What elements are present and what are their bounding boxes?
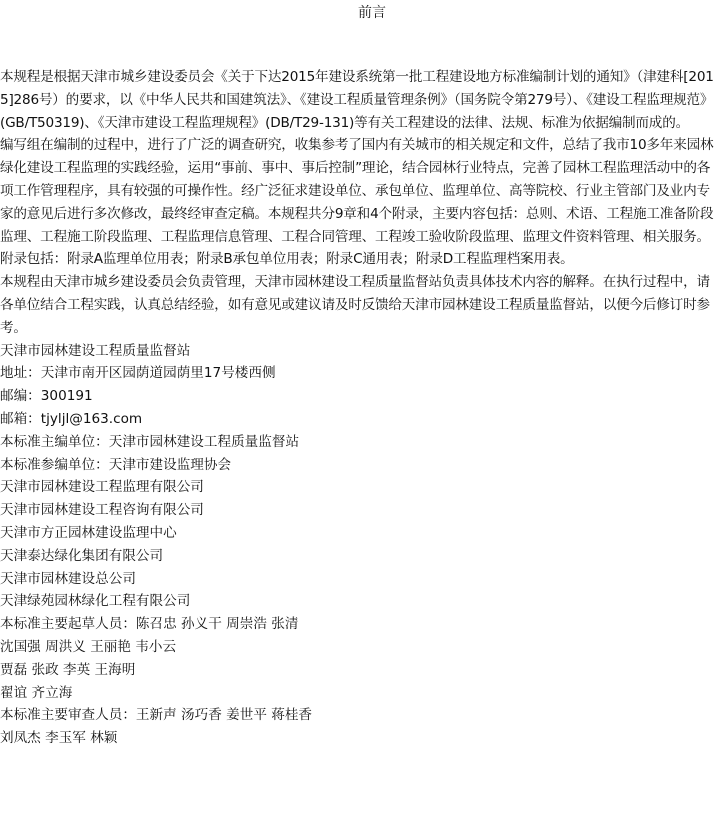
chief-editor-unit: 本标准主编单位：天津市园林建设工程质量监督站 — [0, 431, 716, 454]
co-editor-unit: 本标准参编单位：天津市建设监理协会 — [0, 454, 716, 477]
drafters-line: 沈国强 周洪义 王丽艳 韦小云 — [0, 636, 716, 659]
contact-address: 地址：天津市南开区园荫道园荫里17号楼西侧 — [0, 362, 716, 385]
co-editor-unit-item: 天津泰达绿化集团有限公司 — [0, 545, 716, 568]
contact-organization: 天津市园林建设工程质量监督站 — [0, 340, 716, 363]
contact-postcode: 邮编：300191 — [0, 385, 716, 408]
paragraph-basis: 本规程是根据天津市城乡建设委员会《关于下达2015年建设系统第一批工程建设地方标… — [0, 66, 716, 134]
co-editor-unit-item: 天津市方正园林建设监理中心 — [0, 522, 716, 545]
co-editor-unit-item: 天津绿苑园林绿化工程有限公司 — [0, 590, 716, 613]
reviewers-line: 刘凤杰 李玉军 林颖 — [0, 727, 716, 750]
drafters-line: 翟谊 齐立海 — [0, 682, 716, 705]
paragraph-compilation: 编写组在编制的过程中，进行了广泛的调查研究，收集参考了国内有关城市的相关规定和文… — [0, 134, 716, 271]
paragraph-management: 本规程由天津市城乡建设委员会负责管理，天津市园林建设工程质量监督站负责具体技术内… — [0, 271, 716, 339]
document-body: 本规程是根据天津市城乡建设委员会《关于下达2015年建设系统第一批工程建设地方标… — [0, 66, 716, 750]
drafters-line: 贾磊 张政 李英 王海明 — [0, 659, 716, 682]
co-editor-unit-item: 天津市园林建设总公司 — [0, 568, 716, 591]
co-editor-unit-item: 天津市园林建设工程监理有限公司 — [0, 476, 716, 499]
document-title: 前言 — [0, 4, 720, 22]
contact-email: 邮箱：tjyljl@163.com — [0, 408, 716, 431]
drafters-line: 本标准主要起草人员：陈召忠 孙义干 周崇浩 张清 — [0, 613, 716, 636]
reviewers-line: 本标准主要审查人员：王新声 汤巧香 姜世平 蒋桂香 — [0, 704, 716, 727]
co-editor-unit-item: 天津市园林建设工程咨询有限公司 — [0, 499, 716, 522]
